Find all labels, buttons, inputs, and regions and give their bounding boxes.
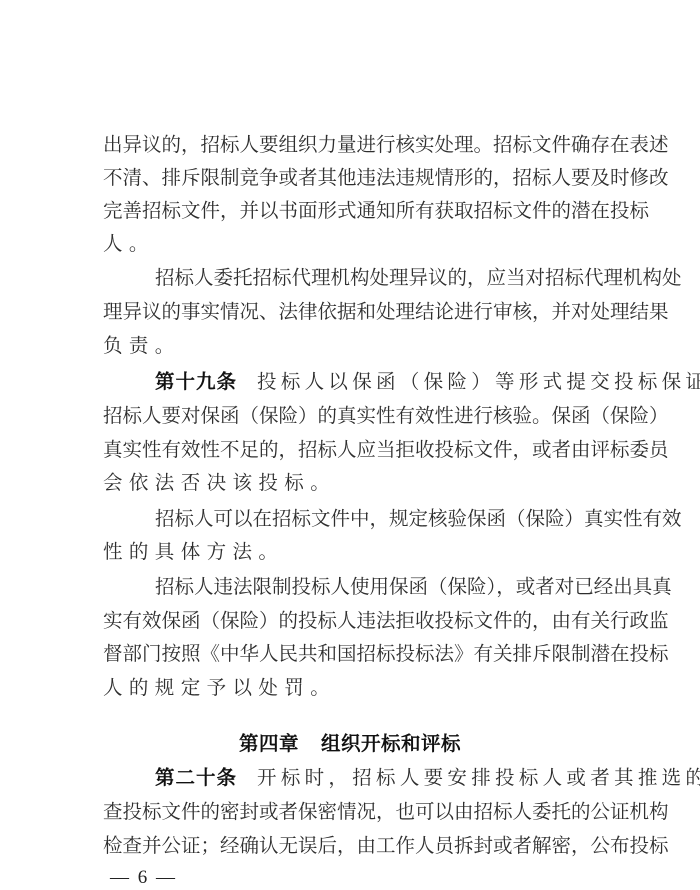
article-label: 第二十条 <box>155 766 237 789</box>
paragraph-line: 实有效保函（保险）的投标人违法拒收投标文件的，由有关行政监 <box>103 608 597 634</box>
paragraph-line: 负责。 <box>103 333 597 359</box>
paragraph-line: 真实性有效性不足的，招标人应当拒收投标文件，或者由评标委员 <box>103 437 597 463</box>
paragraph-line: 理异议的事实情况、法律依据和处理结论进行审核，并对处理结果 <box>103 299 597 325</box>
paragraph-line: 人。 <box>103 231 597 257</box>
paragraph-line: 招标人可以在招标文件中，规定核验保函（保险）真实性有效 <box>155 506 597 532</box>
article-19-first-line: 第十九条投标人以保函（保险）等形式提交投标保证金的， <box>155 369 597 395</box>
paragraph-line: 不清、排斥限制竞争或者其他违法违规情形的，招标人要及时修改 <box>103 165 597 191</box>
paragraph-line: 招标人委托招标代理机构处理异议的，应当对招标代理机构处 <box>155 265 597 291</box>
paragraph-line: 人的规定予以处罚。 <box>103 675 597 701</box>
paragraph-line: 检查并公证；经确认无误后，由工作人员拆封或者解密，公布投标 <box>103 833 597 859</box>
paragraph-line: 督部门按照《中华人民共和国招标投标法》有关排斥限制潜在投标 <box>103 641 597 667</box>
chapter-title: 组织开标和评标 <box>321 732 461 755</box>
paragraph-line: 查投标文件的密封或者保密情况，也可以由招标人委托的公证机构 <box>103 799 597 825</box>
article-label: 第十九条 <box>155 370 237 393</box>
article-20-first-line: 第二十条开标时，招标人要安排投标人或者其推选的代表检 <box>155 765 597 791</box>
paragraph-line: 完善招标文件，并以书面形式通知所有获取招标文件的潜在投标 <box>103 198 597 224</box>
paragraph-line: 招标人要对保函（保险）的真实性有效性进行核验。保函（保险） <box>103 403 597 429</box>
document-page: 出异议的，招标人要组织力量进行核实处理。招标文件确存在表述 不清、排斥限制竞争或… <box>0 0 700 890</box>
paragraph-line: 性的具体方法。 <box>103 539 597 565</box>
article-text: 投标人以保函（保险）等形式提交投标保证金的， <box>257 370 700 393</box>
chapter-number: 第四章 <box>239 732 299 755</box>
article-text: 开标时，招标人要安排投标人或者其推选的代表检 <box>257 766 700 789</box>
paragraph-line: 招标人违法限制投标人使用保函（保险），或者对已经出具真 <box>155 574 597 600</box>
chapter-heading: 第四章组织开标和评标 <box>0 731 700 757</box>
paragraph-line: 出异议的，招标人要组织力量进行核实处理。招标文件确存在表述 <box>103 132 597 158</box>
paragraph-line: 会依法否决该投标。 <box>103 470 597 496</box>
page-number: — 6 — <box>110 866 177 890</box>
